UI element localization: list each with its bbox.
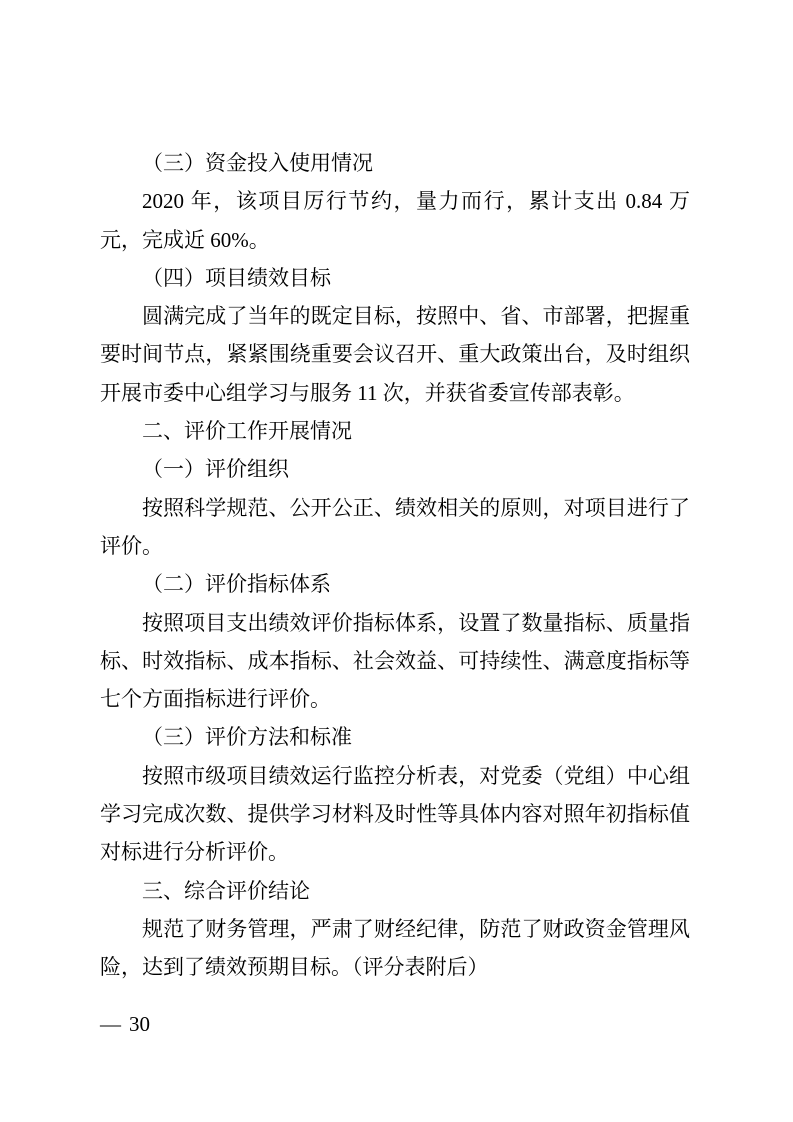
page-number: 30	[129, 1005, 150, 1043]
heading-indicator-system: （二）评价指标体系	[100, 565, 690, 603]
heading-conclusion: 三、综合评价结论	[100, 872, 690, 910]
document-body: （三）资金投入使用情况 2020 年，该项目厉行节约，量力而行，累计支出 0.8…	[100, 144, 690, 987]
heading-eval-method: （三）评价方法和标准	[100, 718, 690, 756]
heading-eval-organization: （一）评价组织	[100, 450, 690, 488]
page-number-dash: —	[100, 1005, 121, 1043]
page-footer: —30	[100, 1005, 150, 1043]
document-page: （三）资金投入使用情况 2020 年，该项目厉行节约，量力而行，累计支出 0.8…	[0, 0, 793, 1122]
heading-funding-usage: （三）资金投入使用情况	[100, 144, 690, 182]
paragraph-indicator-system: 按照项目支出绩效评价指标体系，设置了数量指标、质量指标、时效指标、成本指标、社会…	[100, 604, 690, 719]
paragraph-performance-goals: 圆满完成了当年的既定目标，按照中、省、市部署，把握重要时间节点，紧紧围绕重要会议…	[100, 297, 690, 412]
paragraph-eval-organization: 按照科学规范、公开公正、绩效相关的原则，对项目进行了评价。	[100, 489, 690, 566]
heading-section-evaluation: 二、评价工作开展情况	[100, 412, 690, 450]
heading-performance-goals: （四）项目绩效目标	[100, 259, 690, 297]
paragraph-eval-method: 按照市级项目绩效运行监控分析表，对党委（党组）中心组学习完成次数、提供学习材料及…	[100, 757, 690, 872]
paragraph-funding-usage: 2020 年，该项目厉行节约，量力而行，累计支出 0.84 万元，完成近 60%…	[100, 182, 690, 259]
paragraph-conclusion: 规范了财务管理，严肃了财经纪律，防范了财政资金管理风险，达到了绩效预期目标。（评…	[100, 910, 690, 987]
